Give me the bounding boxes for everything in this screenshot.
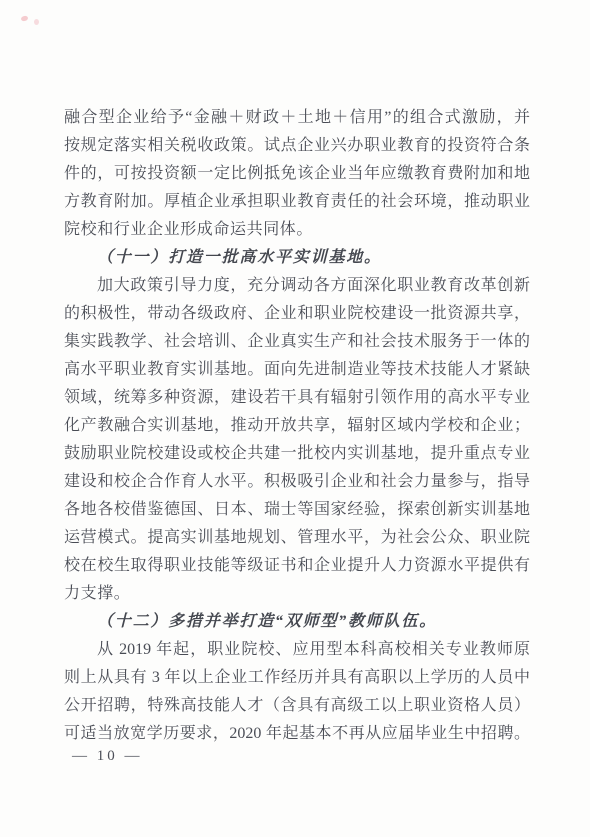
- scan-artifact-speck: [34, 19, 39, 25]
- text-line: 融合型企业给予“金融＋财政＋土地＋信用”的组合式激励，并: [64, 104, 530, 132]
- text-line: 的积极性，带动各级政府、企业和职业院校建设一批资源共享，: [64, 300, 530, 328]
- text-line: 运营模式。提高实训基地规划、管理水平，为社会公众、职业院: [64, 524, 530, 552]
- text-line: 建设和校企合作育人水平。积极吸引企业和社会力量参与，指导: [64, 468, 530, 496]
- text-line: 可适当放宽学历要求，2020 年起基本不再从应届毕业生中招聘。: [64, 720, 530, 748]
- text-line: 则上从具有 3 年以上企业工作经历并具有高职以上学历的人员中: [64, 664, 530, 692]
- document-page: 融合型企业给予“金融＋财政＋土地＋信用”的组合式激励，并 按规定落实相关税收政策…: [0, 0, 590, 837]
- scan-artifact-speck: [20, 15, 28, 22]
- text-line: 件的，可按投资额一定比例抵免该企业当年应缴教育费附加和地: [64, 160, 530, 188]
- text-line: 鼓励职业院校建设或校企共建一批校内实训基地，提升重点专业: [64, 440, 530, 468]
- text-line: 按规定落实相关税收政策。试点企业兴办职业教育的投资符合条: [64, 132, 530, 160]
- text-line: 领域，统筹多种资源，建设若干具有辐射引领作用的高水平专业: [64, 384, 530, 412]
- page-number: — 10 —: [72, 746, 143, 766]
- section-heading-11: （十一）打造一批高水平实训基地。: [64, 244, 530, 272]
- text-line: 院校和行业企业形成命运共同体。: [64, 216, 530, 244]
- text-line: 方教育附加。厚植企业承担职业教育责任的社会环境，推动职业: [64, 188, 530, 216]
- section-heading-12: （十二）多措并举打造“双师型”教师队伍。: [64, 608, 530, 636]
- text-line: 集实践教学、社会培训、企业真实生产和社会技术服务于一体的: [64, 328, 530, 356]
- text-line: 各地各校借鉴德国、日本、瑞士等国家经验，探索创新实训基地: [64, 496, 530, 524]
- text-line: 校在校生取得职业技能等级证书和企业提升人力资源水平提供有: [64, 552, 530, 580]
- text-line: 公开招聘，特殊高技能人才（含具有高级工以上职业资格人员）: [64, 692, 530, 720]
- text-line: 从 2019 年起，职业院校、应用型本科高校相关专业教师原: [64, 636, 530, 664]
- text-line: 力支撑。: [64, 580, 530, 608]
- document-text-block: 融合型企业给予“金融＋财政＋土地＋信用”的组合式激励，并 按规定落实相关税收政策…: [64, 104, 530, 748]
- text-line: 加大政策引导力度，充分调动各方面深化职业教育改革创新: [64, 272, 530, 300]
- text-line: 化产教融合实训基地，推动开放共享，辐射区域内学校和企业；: [64, 412, 530, 440]
- text-line: 高水平职业教育实训基地。面向先进制造业等技术技能人才紧缺: [64, 356, 530, 384]
